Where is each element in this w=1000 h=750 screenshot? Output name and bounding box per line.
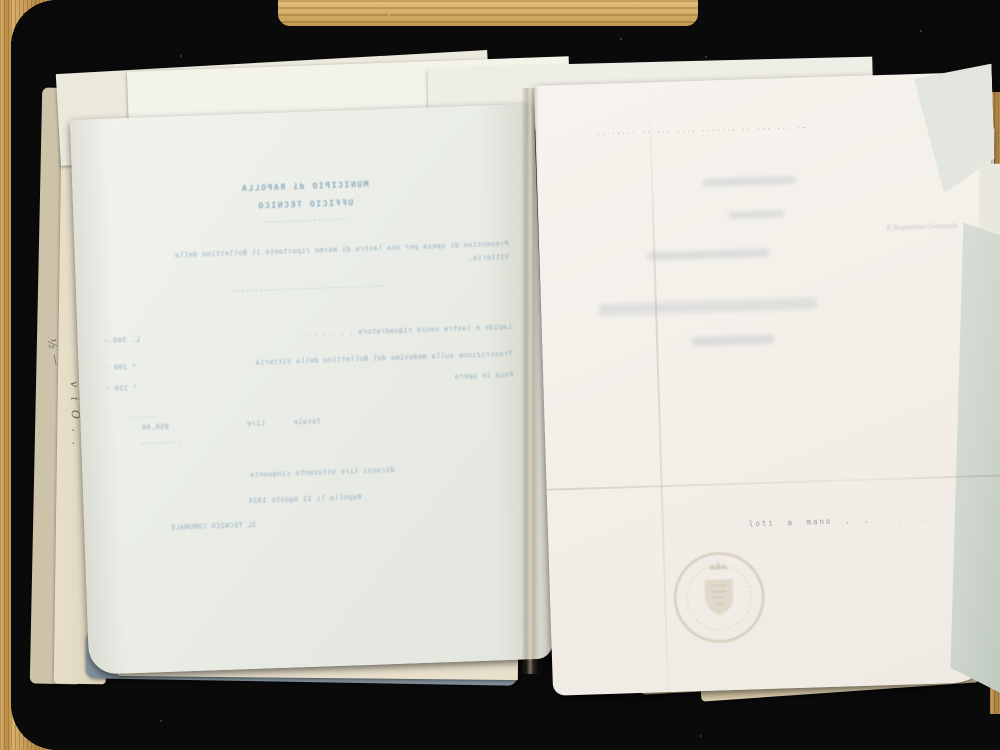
wood-table-edge-left [0,0,11,750]
bleedthrough-smudge [647,249,769,261]
typed-body-line-2: Vittoria. [468,253,509,262]
typed-municipality-title: MUNICIPIO di RAPOLLA [72,174,536,199]
item-label: Posa in opera [454,371,513,381]
item-amount: L. 500.- [104,336,140,345]
total-in-words: dicansi lire ottocento cinquanta. [245,466,394,479]
page-gutter-shadow [521,88,539,674]
dateline: Rapolla li 11 Agosto 1924 [248,493,361,505]
vertical-crease [648,82,669,692]
wood-corner-top-left [11,0,57,46]
item-label: Trascrizione sulla medesima del Bolletti… [255,350,512,367]
item-amount: " 150 - [105,384,137,393]
typed-total-rule: --------- [141,438,182,447]
wood-corner-bottom-left [11,704,57,750]
estimate-item-row: Posa in opera " 150 - [105,371,513,393]
estimate-item-row: Lapide e lastra senza riquadratura . . .… [104,323,512,345]
horizontal-crease [547,475,1000,491]
total-value: 850,00 [142,423,169,432]
dust-specks [388,14,390,16]
faint-typed-header: ·· ····· ·· ··· ···· ······· ·· ··· ··· … [596,124,807,138]
faint-countersignature: Il Segretario Comunale [887,223,958,232]
folded-edge-right [937,221,1000,701]
wood-plank-top [278,0,698,26]
typed-amount-rule: ------ [129,413,156,422]
bleedthrough-smudge [692,335,774,347]
pencil-margin-mark-2: v i O . . [68,381,83,448]
typed-note: loti a mano . . [749,516,871,529]
right-document-page: ·· ····· ·· ··· ···· ······· ·· ··· ··· … [534,72,1000,696]
bleedthrough-smudge [703,176,795,187]
typed-rule-top: ------------------- [74,209,538,233]
item-label: Lapide e lastra senza riquadratura . . .… [304,323,512,338]
item-amount: " 200 - [105,363,137,372]
signature-line: IL TECNICO COMUNALE [170,521,256,532]
left-document-page: MUNICIPIO di RAPOLLA UFFICIO TECNICO ---… [70,104,553,675]
archival-photo-scene: ½ — v i O . . MUNICIPIO di RAPOLLA UFFIC… [0,0,1000,750]
total-label: Totale [293,417,320,426]
typed-note-trailing: · ··· · [872,517,930,528]
faded-official-stamp [670,548,769,647]
typed-rule-mid: ---------------------------------- [76,277,540,301]
mirrored-bleedthrough-text: MUNICIPIO di RAPOLLA UFFICIO TECNICO ---… [70,104,553,675]
total-currency: Lire [247,419,265,428]
estimate-item-row: Trascrizione sulla medesima del Bolletti… [105,350,513,372]
stamp-crown [708,561,728,570]
bleedthrough-smudge [599,297,817,316]
bleedthrough-smudge [728,210,784,219]
typed-office-subtitle: UFFICIO TECNICO [73,192,537,217]
typed-body-line-1: Preventivo di spesa per una lastra di ma… [175,240,509,260]
